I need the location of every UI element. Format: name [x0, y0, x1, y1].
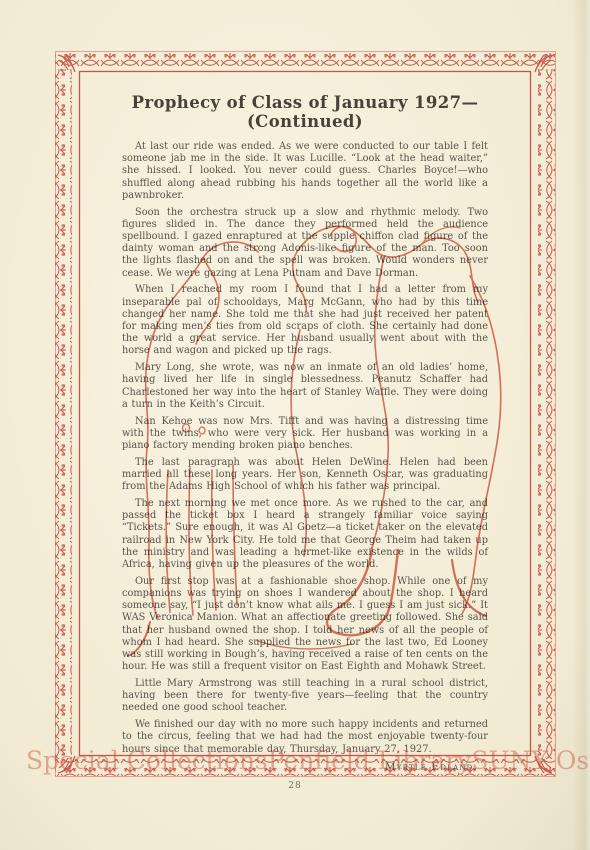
body-paragraph: When I reached my room I found that I ha… [122, 284, 488, 357]
body-paragraph: Soon the orchestra struck up a slow and … [122, 207, 488, 280]
page-content: Prophecy of Class of January 1927—(Conti… [79, 72, 531, 756]
page-title: Prophecy of Class of January 1927—(Conti… [79, 93, 531, 131]
body-paragraph: The next morning we met once more. As we… [122, 498, 488, 571]
body-paragraph: We finished our day with no more such ha… [122, 719, 488, 756]
body-text: At last our ride was ended. As we were c… [122, 141, 488, 773]
body-paragraph: Our first stop was at a fashionable shoe… [122, 576, 488, 674]
body-paragraph: Nan Kehoe was now Mrs. Tifft and was hav… [122, 416, 488, 453]
body-paragraph: Mary Long, she wrote, was now an inmate … [122, 362, 488, 411]
body-paragraph: The last paragraph was about Helen DeWin… [122, 457, 488, 494]
author-signature: Myrtle Edland. [122, 761, 488, 773]
page-number: 28 [0, 781, 590, 791]
yearbook-page-scan: { "doc": { "title": "Prophecy of Class o… [0, 0, 590, 850]
body-paragraph: Little Mary Armstrong was still teaching… [122, 678, 488, 715]
body-paragraph: At last our ride was ended. As we were c… [122, 141, 488, 202]
